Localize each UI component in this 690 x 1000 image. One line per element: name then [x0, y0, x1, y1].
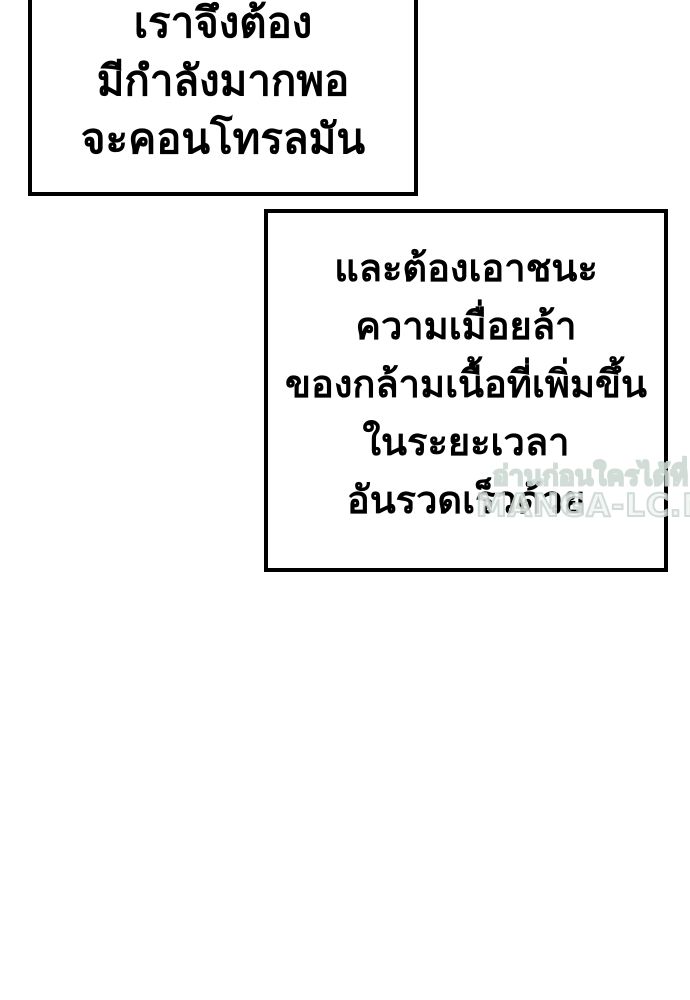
speech-line: อันรวดเร็วด้วย: [268, 471, 664, 529]
speech-box-top: เราจึงต้อง มีกำลังมากพอ จะคอนโทรลมัน: [28, 0, 418, 196]
comic-page: เราจึงต้อง มีกำลังมากพอ จะคอนโทรลมัน และ…: [0, 0, 690, 1000]
speech-line: และต้องเอาชนะ: [268, 239, 664, 297]
speech-line: เราจึงต้อง: [32, 0, 414, 52]
speech-line: จะคอนโทรลมัน: [32, 110, 414, 168]
speech-box-middle: และต้องเอาชนะ ความเมื่อยล้า ของกล้ามเนื้…: [264, 209, 668, 572]
speech-line: ในระยะเวลา: [268, 413, 664, 471]
speech-box-middle-text: และต้องเอาชนะ ความเมื่อยล้า ของกล้ามเนื้…: [268, 239, 664, 529]
speech-line: ของกล้ามเนื้อที่เพิ่มขึ้น: [268, 355, 664, 413]
speech-box-top-text: เราจึงต้อง มีกำลังมากพอ จะคอนโทรลมัน: [32, 0, 414, 168]
speech-line: มีกำลังมากพอ: [32, 52, 414, 110]
speech-line: ความเมื่อยล้า: [268, 297, 664, 355]
